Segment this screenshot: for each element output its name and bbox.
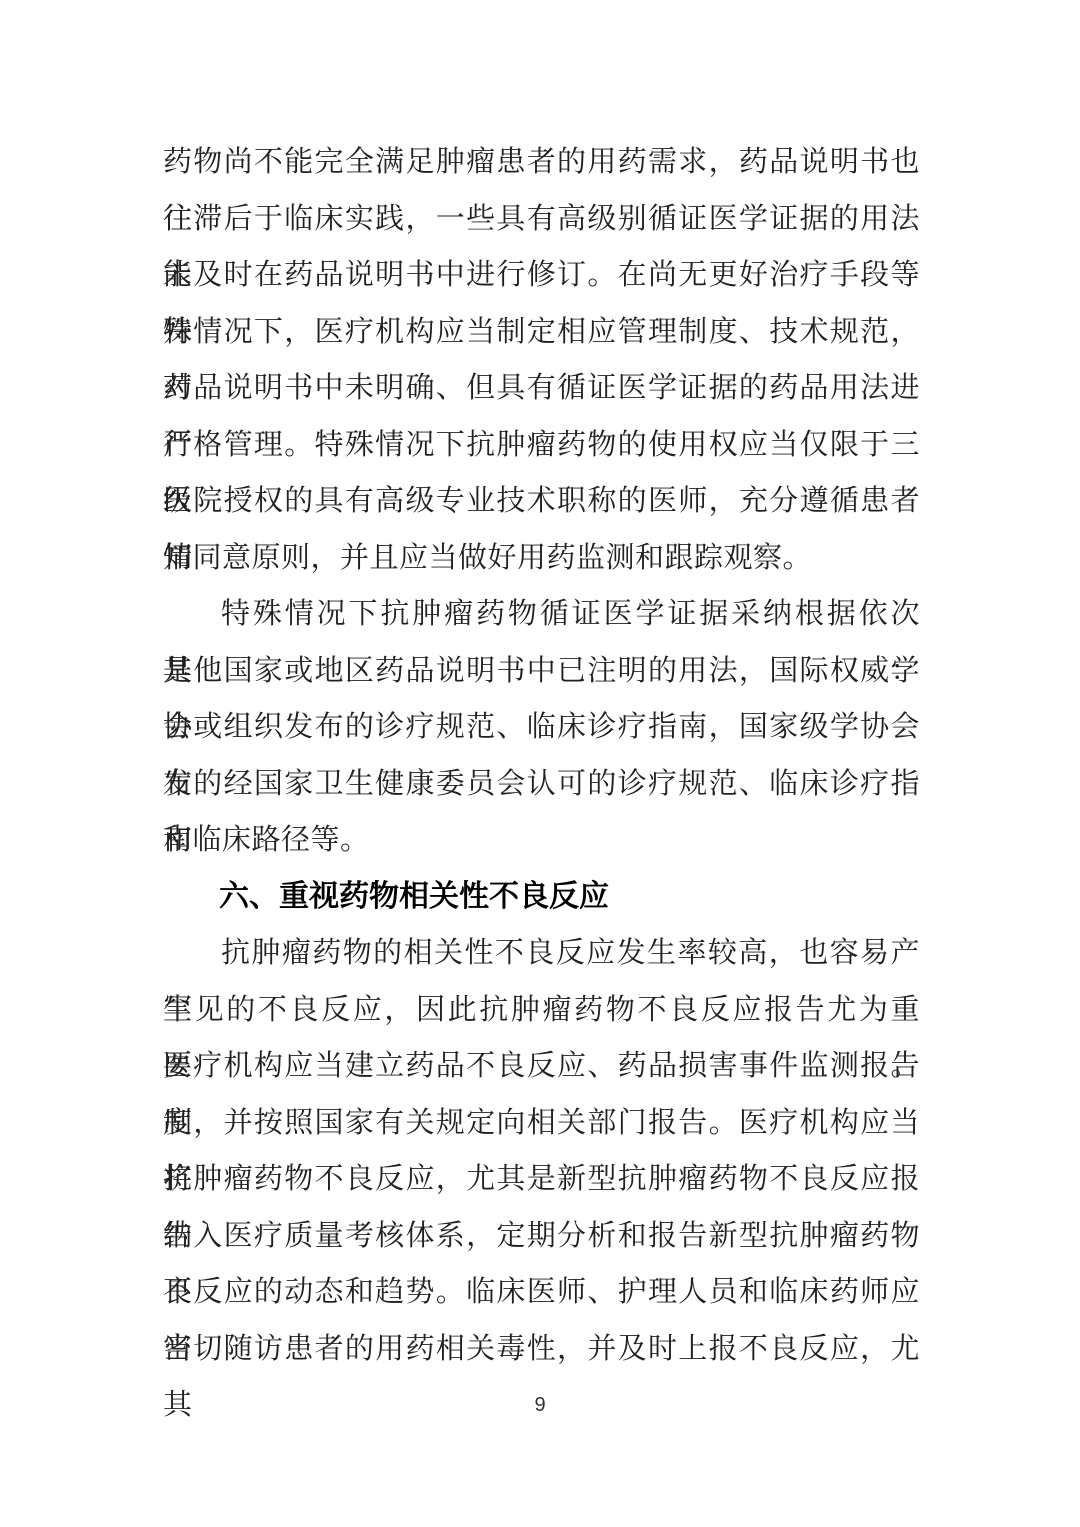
text-line: 度，并按照国家有关规定向相关部门报告。医疗机构应当将 (163, 1095, 920, 1152)
text-line: 抗肿瘤药物的相关性不良反应发生率较高，也容易产生 (163, 925, 920, 982)
text-line: 医院授权的具有高级专业技术职称的医师，充分遵循患者知 (163, 473, 920, 530)
text-line: 纳入医疗质量考核体系，定期分析和报告新型抗肿瘤药物不 (163, 1208, 920, 1265)
text-line: 密切随访患者的用药相关毒性，并及时上报不良反应，尤其 (163, 1321, 920, 1378)
document-body: 药物尚不能完全满足肿瘤患者的用药需求，药品说明书也往 往滞后于临床实践，一些具有… (163, 134, 920, 1377)
paragraph-2: 特殊情况下抗肿瘤药物循证医学证据采纳根据依次是： 其他国家或地区药品说明书中已注… (163, 586, 920, 869)
text-line: 特殊情况下抗肿瘤药物循证医学证据采纳根据依次是： (163, 586, 920, 643)
text-line: 医疗机构应当建立药品不良反应、药品损害事件监测报告制 (163, 1038, 920, 1095)
page-number: 9 (0, 1390, 1080, 1420)
text-line: 布的经国家卫生健康委员会认可的诊疗规范、临床诊疗指南 (163, 756, 920, 813)
text-line: 能及时在药品说明书中进行修订。在尚无更好治疗手段等特 (163, 247, 920, 304)
text-line: 药物尚不能完全满足肿瘤患者的用药需求，药品说明书也往 (163, 134, 920, 191)
text-line: 良反应的动态和趋势。临床医师、护理人员和临床药师应当 (163, 1264, 920, 1321)
text-line: 殊情况下，医疗机构应当制定相应管理制度、技术规范，对 (163, 304, 920, 361)
text-line: 严格管理。特殊情况下抗肿瘤药物的使用权应当仅限于三级 (163, 417, 920, 474)
document-page: 药物尚不能完全满足肿瘤患者的用药需求，药品说明书也往 往滞后于临床实践，一些具有… (0, 0, 1080, 1527)
paragraph-3: 抗肿瘤药物的相关性不良反应发生率较高，也容易产生 罕见的不良反应，因此抗肿瘤药物… (163, 925, 920, 1377)
paragraph-1: 药物尚不能完全满足肿瘤患者的用药需求，药品说明书也往 往滞后于临床实践，一些具有… (163, 134, 920, 586)
text-line: 和临床路径等。 (163, 812, 920, 869)
text-line: 罕见的不良反应，因此抗肿瘤药物不良反应报告尤为重要。 (163, 982, 920, 1039)
text-line: 药品说明书中未明确、但具有循证医学证据的药品用法进行 (163, 360, 920, 417)
section-heading: 六、重视药物相关性不良反应 (163, 869, 920, 926)
text-line: 其他国家或地区药品说明书中已注明的用法，国际权威学协 (163, 643, 920, 700)
text-line: 往滞后于临床实践，一些具有高级别循证医学证据的用法未 (163, 191, 920, 248)
text-line: 情同意原则，并且应当做好用药监测和跟踪观察。 (163, 530, 920, 587)
text-line: 会或组织发布的诊疗规范、临床诊疗指南，国家级学协会发 (163, 699, 920, 756)
text-line: 抗肿瘤药物不良反应，尤其是新型抗肿瘤药物不良反应报告 (163, 1151, 920, 1208)
